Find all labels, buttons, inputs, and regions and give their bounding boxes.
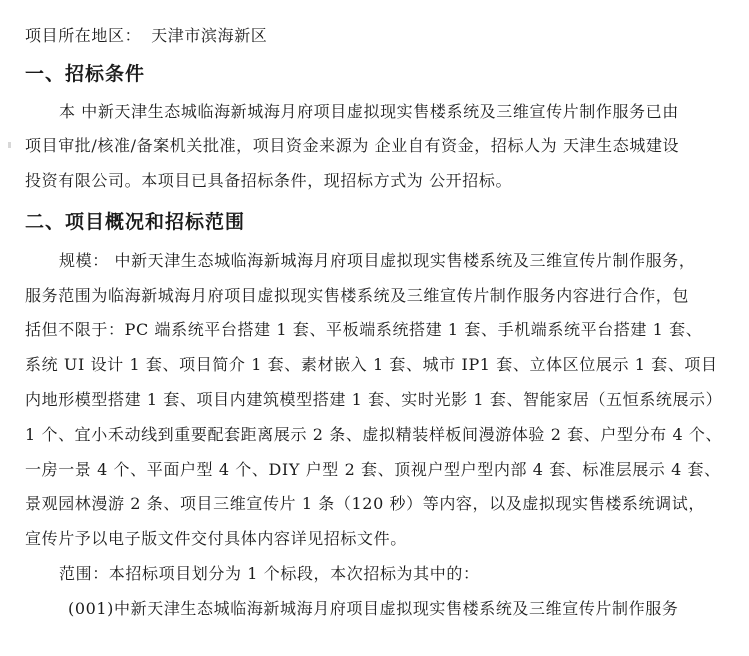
- location-label: 项目所在地区：: [25, 26, 141, 45]
- range-line: 范围：本招标项目划分为 1 个标段，本次招标为其中的：: [59, 564, 480, 584]
- section1-title: 一、招标条件: [25, 62, 145, 86]
- section1-line-3: 投资有限公司。本项目已具备招标条件，现招标方式为 公开招标。: [25, 171, 512, 191]
- scale-line-3: 括但不限于：PC 端系统平台搭建 1 套、平板端系统搭建 1 套、手机端系统平台…: [25, 320, 702, 340]
- section1-line-2: 项目审批/核准/备案机关批准，项目资金来源为 企业自有资金，招标人为 天津生态城…: [25, 136, 679, 156]
- scale-line-7: 一房一景 4 个、平面户型 4 个、DIY 户型 2 套、顶视户型户型内部 4 …: [25, 460, 721, 480]
- scale-line-1: 规模： 中新天津生态城临海新城海月府项目虚拟现实售楼系统及三维宣传片制作服务，: [59, 251, 696, 271]
- scale-line-4: 系统 UI 设计 1 套、项目简介 1 套、素材嵌入 1 套、城市 IP1 套、…: [25, 355, 718, 375]
- section1-line-1: 本 中新天津生态城临海新城海月府项目虚拟现实售楼系统及三维宣传片制作服务已由: [59, 102, 679, 122]
- location-value: 天津市滨海新区: [151, 26, 267, 45]
- scan-artifact: [8, 142, 11, 148]
- scale-line-5: 内地形模型搭建 1 套、项目内建筑模型搭建 1 套、实时光影 1 套、智能家居（…: [25, 390, 722, 410]
- lot-line: (001)中新天津生态城临海新城海月府项目虚拟现实售楼系统及三维宣传片制作服务: [68, 599, 678, 619]
- scale-line-9: 宣传片予以电子版文件交付具体内容详见招标文件。: [25, 529, 407, 549]
- scale-line-8: 景观园林漫游 2 条、项目三维宣传片 1 条（120 秒）等内容，以及虚拟现实售…: [25, 494, 705, 514]
- section2-title: 二、项目概况和招标范围: [25, 210, 245, 234]
- scale-line-2: 服务范围为临海新城海月府项目虚拟现实售楼系统及三维宣传片制作服务内容进行合作，包: [25, 286, 689, 306]
- location-line: 项目所在地区：天津市滨海新区: [25, 26, 267, 46]
- scale-line-6: 1 个、宜小禾动线到重要配套距离展示 2 条、虚拟精装样板间漫游体验 2 套、户…: [25, 425, 722, 445]
